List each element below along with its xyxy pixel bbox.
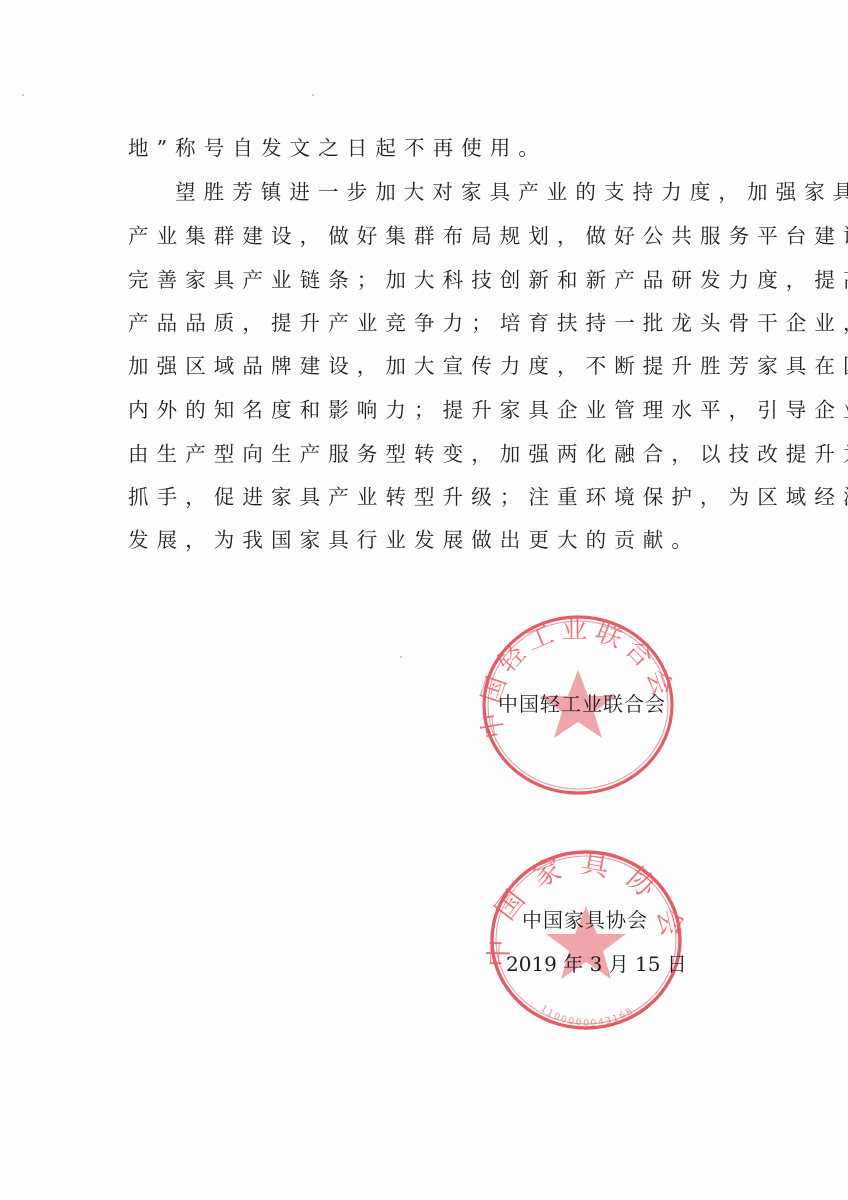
document-page: 地”称号自发文之日起不再使用。 望胜芳镇进一步加大对家具产业的支持力度，加强家具… <box>0 0 848 1200</box>
official-seal-furniture-association: 中国家具协会 1100000043168 <box>486 848 686 1032</box>
signatory-name-1: 中国轻工业联合会 <box>498 692 666 716</box>
scan-speck <box>400 656 402 658</box>
body-line-6: 加强区域品牌建设，加大宣传力度，不断提升胜芳家具在国 <box>128 354 738 378</box>
body-line-7: 内外的知名度和影响力；提升家具企业管理水平，引导企业 <box>128 398 738 422</box>
body-line-1: 地”称号自发文之日起不再使用。 <box>128 136 738 160</box>
body-line-3: 产业集群建设，做好集群布局规划，做好公共服务平台建设， <box>128 224 738 248</box>
body-line-4: 完善家具产业链条；加大科技创新和新产品研发力度，提高 <box>128 268 738 292</box>
body-line-2: 望胜芳镇进一步加大对家具产业的支持力度，加强家具 <box>175 180 785 204</box>
body-line-8: 由生产型向生产服务型转变，加强两化融合，以技改提升为 <box>128 442 738 466</box>
scan-speck <box>312 94 314 96</box>
document-date: 2019 年 3 月 15 日 <box>506 952 687 976</box>
signatory-name-2: 中国家具协会 <box>522 908 648 932</box>
scan-speck <box>22 94 24 96</box>
svg-text:1100000043168: 1100000043168 <box>538 1004 636 1029</box>
body-line-9: 抓手，促进家具产业转型升级；注重环境保护，为区域经济 <box>128 485 738 509</box>
body-line-10: 发展，为我国家具行业发展做出更大的贡献。 <box>128 528 738 552</box>
body-line-5: 产品品质，提升产业竞争力；培育扶持一批龙头骨干企业， <box>128 311 738 335</box>
